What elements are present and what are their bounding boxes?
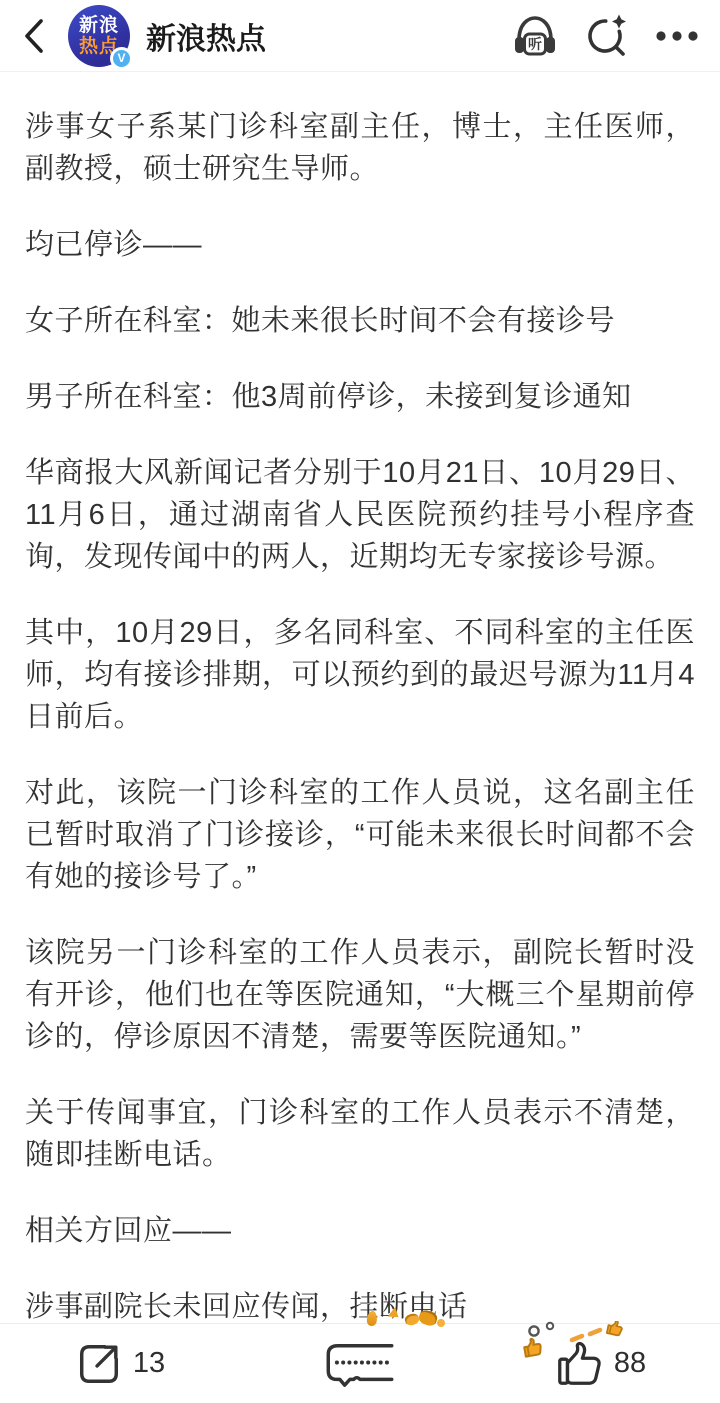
- article-paragraph: 女子所在科室：她未来很长时间不会有接诊号: [25, 300, 695, 342]
- ai-search-sparkle-icon: [584, 13, 630, 59]
- article-paragraph: 关于传闻事宜，门诊科室的工作人员表示不清楚，随即挂断电话。: [25, 1092, 695, 1176]
- listen-button[interactable]: 听: [510, 13, 560, 59]
- app-avatar[interactable]: 新浪 热点 V: [68, 5, 130, 67]
- article-paragraph: 均已停诊——: [25, 224, 695, 266]
- article-body: 涉事女子系某门诊科室副主任，博士，主任医师，副教授，硕士研究生导师。 均已停诊—…: [0, 72, 720, 1328]
- verified-badge-icon: V: [110, 47, 133, 70]
- bottom-bar: 13: [0, 1323, 720, 1403]
- more-dots-icon: [654, 30, 700, 42]
- app-screen: 新浪 热点 V 新浪热点 听: [0, 0, 720, 1403]
- chevron-left-icon: [20, 16, 46, 56]
- article-paragraph: 涉事副院长未回应传闻，挂断电话: [25, 1286, 695, 1328]
- article-paragraph: 该院另一门诊科室的工作人员表示，副院长暂时没有开诊，他们也在等医院通知，“大概三…: [25, 932, 695, 1058]
- like-button[interactable]: 88: [480, 1324, 720, 1403]
- avatar-text-top: 新浪: [79, 15, 119, 36]
- svg-text:听: 听: [528, 36, 542, 52]
- top-bar-actions: 听: [510, 13, 700, 59]
- share-button[interactable]: 13: [0, 1324, 240, 1403]
- article-paragraph: 男子所在科室：他3周前停诊，未接到复诊通知: [25, 376, 695, 418]
- comment-button[interactable]: [240, 1324, 480, 1403]
- share-count: 13: [133, 1347, 165, 1380]
- headphones-listen-icon: 听: [510, 13, 560, 59]
- ai-search-button[interactable]: [584, 13, 630, 59]
- article-paragraph: 其中，10月29日，多名同科室、不同科室的主任医师，均有接诊排期，可以预约到的最…: [25, 612, 695, 738]
- comment-bubble-icon: [320, 1339, 400, 1389]
- top-bar: 新浪 热点 V 新浪热点 听: [0, 0, 720, 72]
- thumbs-up-icon: [554, 1339, 604, 1389]
- page-title: 新浪热点: [146, 14, 266, 58]
- article-paragraph: 华商报大风新闻记者分别于10月21日、10月29日、11月6日，通过湖南省人民医…: [25, 452, 695, 578]
- share-icon: [75, 1340, 123, 1388]
- article-paragraph: 涉事女子系某门诊科室副主任，博士，主任医师，副教授，硕士研究生导师。: [25, 106, 695, 190]
- article-paragraph: 相关方回应——: [25, 1210, 695, 1252]
- article-paragraph: 对此，该院一门诊科室的工作人员说，这名副主任已暂时取消了门诊接诊，“可能未来很长…: [25, 772, 695, 898]
- like-count: 88: [614, 1347, 646, 1380]
- more-button[interactable]: [654, 30, 700, 42]
- back-button[interactable]: [20, 12, 56, 60]
